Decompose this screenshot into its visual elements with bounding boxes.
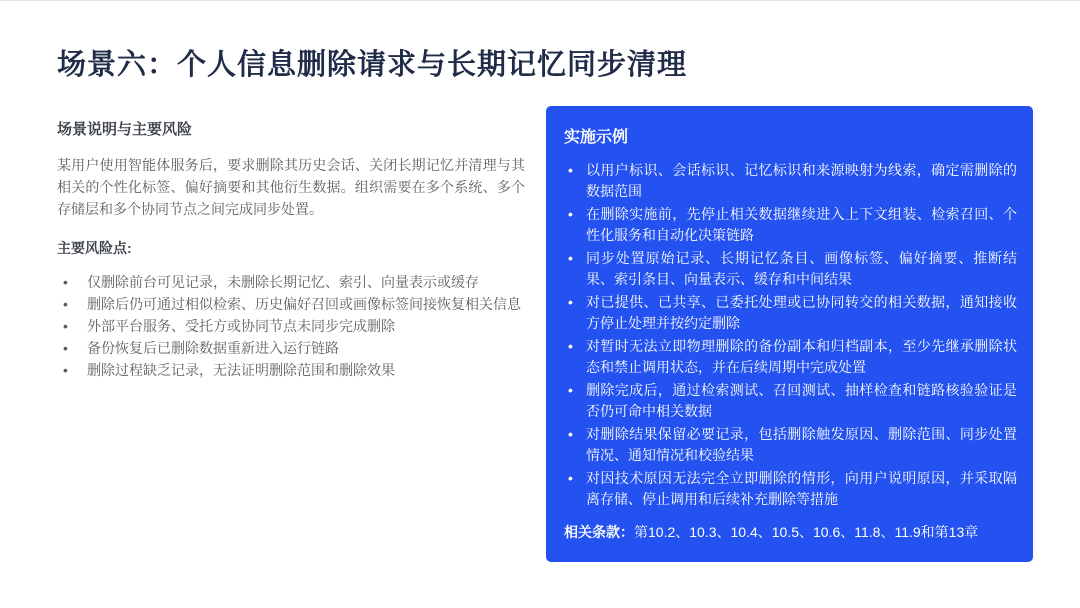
implementation-item: • 对已提供、已共享、已委托处理或已协同转交的相关数据，通知接收方停止处理并按约… [562, 292, 1017, 334]
implementation-item: • 对删除结果保留必要记录，包括删除触发原因、删除范围、同步处置情况、通知情况和… [562, 424, 1017, 466]
implementation-list: • 以用户标识、会话标识、记忆标识和来源映射为线索，确定需删除的数据范围 • 在… [562, 160, 1017, 512]
implementation-item: • 删除完成后，通过检索测试、召回测试、抽样检查和链路核验验证是否仍可命中相关数… [562, 380, 1017, 422]
implementation-item-text: 对因技术原因无法完全立即删除的情形，向用户说明原因，并采取隔离存储、停止调用和后… [586, 468, 1017, 510]
bullet-icon: • [57, 359, 87, 381]
scenario-heading: 场景说明与主要风险 [57, 118, 525, 139]
related-clauses: 相关条款：第10.2、10.3、10.4、10.5、10.6、11.8、11.9… [562, 522, 1017, 546]
risk-list: • 仅删除前台可见记录，未删除长期记忆、索引、向量表示或缓存 • 删除后仍可通过… [57, 271, 525, 381]
bullet-icon: • [562, 292, 586, 334]
related-clauses-label: 相关条款： [564, 524, 634, 540]
page-title: 场景六：个人信息删除请求与长期记忆同步清理 [57, 42, 687, 83]
risk-item-text: 备份恢复后已删除数据重新进入运行链路 [87, 337, 339, 359]
risk-item: • 删除后仍可通过相似检索、历史偏好召回或画像标签间接恢复相关信息 [57, 293, 525, 315]
risk-item: • 外部平台服务、受托方或协同节点未同步完成删除 [57, 315, 525, 337]
implementation-item-text: 同步处置原始记录、长期记忆条目、画像标签、偏好摘要、推断结果、索引条目、向量表示… [586, 248, 1017, 290]
implementation-panel: 实施示例 • 以用户标识、会话标识、记忆标识和来源映射为线索，确定需删除的数据范… [546, 106, 1033, 562]
top-divider [0, 0, 1080, 1]
bullet-icon: • [57, 271, 87, 293]
implementation-item-text: 以用户标识、会话标识、记忆标识和来源映射为线索，确定需删除的数据范围 [586, 160, 1017, 202]
implementation-item: • 同步处置原始记录、长期记忆条目、画像标签、偏好摘要、推断结果、索引条目、向量… [562, 248, 1017, 290]
risk-item-text: 删除过程缺乏记录，无法证明删除范围和删除效果 [87, 359, 395, 381]
risk-item-text: 外部平台服务、受托方或协同节点未同步完成删除 [87, 315, 395, 337]
bullet-icon: • [57, 293, 87, 315]
risks-heading: 主要风险点: [57, 238, 525, 258]
bullet-icon: • [562, 468, 586, 510]
bullet-icon: • [57, 315, 87, 337]
bullet-icon: • [562, 248, 586, 290]
bullet-icon: • [562, 380, 586, 422]
risk-item-text: 删除后仍可通过相似检索、历史偏好召回或画像标签间接恢复相关信息 [87, 293, 521, 315]
implementation-item-text: 对暂时无法立即物理删除的备份副本和归档副本，至少先继承删除状态和禁止调用状态，并… [586, 336, 1017, 378]
implementation-item-text: 对已提供、已共享、已委托处理或已协同转交的相关数据，通知接收方停止处理并按约定删… [586, 292, 1017, 334]
risk-item: • 备份恢复后已删除数据重新进入运行链路 [57, 337, 525, 359]
risk-item: • 仅删除前台可见记录，未删除长期记忆、索引、向量表示或缓存 [57, 271, 525, 293]
scenario-section: 场景说明与主要风险 某用户使用智能体服务后，要求删除其历史会话、关闭长期记忆并清… [57, 118, 525, 381]
bullet-icon: • [562, 336, 586, 378]
implementation-item: • 对因技术原因无法完全立即删除的情形，向用户说明原因，并采取隔离存储、停止调用… [562, 468, 1017, 510]
scenario-description: 某用户使用智能体服务后，要求删除其历史会话、关闭长期记忆并清理与其相关的个性化标… [57, 154, 525, 220]
bullet-icon: • [57, 337, 87, 359]
implementation-item: • 以用户标识、会话标识、记忆标识和来源映射为线索，确定需删除的数据范围 [562, 160, 1017, 202]
implementation-item: • 对暂时无法立即物理删除的备份副本和归档副本，至少先继承删除状态和禁止调用状态… [562, 336, 1017, 378]
slide: 场景六：个人信息删除请求与长期记忆同步清理 场景说明与主要风险 某用户使用智能体… [0, 0, 1080, 608]
implementation-item-text: 对删除结果保留必要记录，包括删除触发原因、删除范围、同步处置情况、通知情况和校验… [586, 424, 1017, 466]
bullet-icon: • [562, 160, 586, 202]
risk-item-text: 仅删除前台可见记录，未删除长期记忆、索引、向量表示或缓存 [87, 271, 479, 293]
bullet-icon: • [562, 204, 586, 246]
related-clauses-text: 第10.2、10.3、10.4、10.5、10.6、11.8、11.9和第13章 [634, 524, 978, 540]
implementation-item-text: 在删除实施前，先停止相关数据继续进入上下文组装、检索召回、个性化服务和自动化决策… [586, 204, 1017, 246]
bullet-icon: • [562, 424, 586, 466]
risk-item: • 删除过程缺乏记录，无法证明删除范围和删除效果 [57, 359, 525, 381]
panel-heading: 实施示例 [564, 124, 1017, 147]
implementation-item-text: 删除完成后，通过检索测试、召回测试、抽样检查和链路核验验证是否仍可命中相关数据 [586, 380, 1017, 422]
implementation-item: • 在删除实施前，先停止相关数据继续进入上下文组装、检索召回、个性化服务和自动化… [562, 204, 1017, 246]
